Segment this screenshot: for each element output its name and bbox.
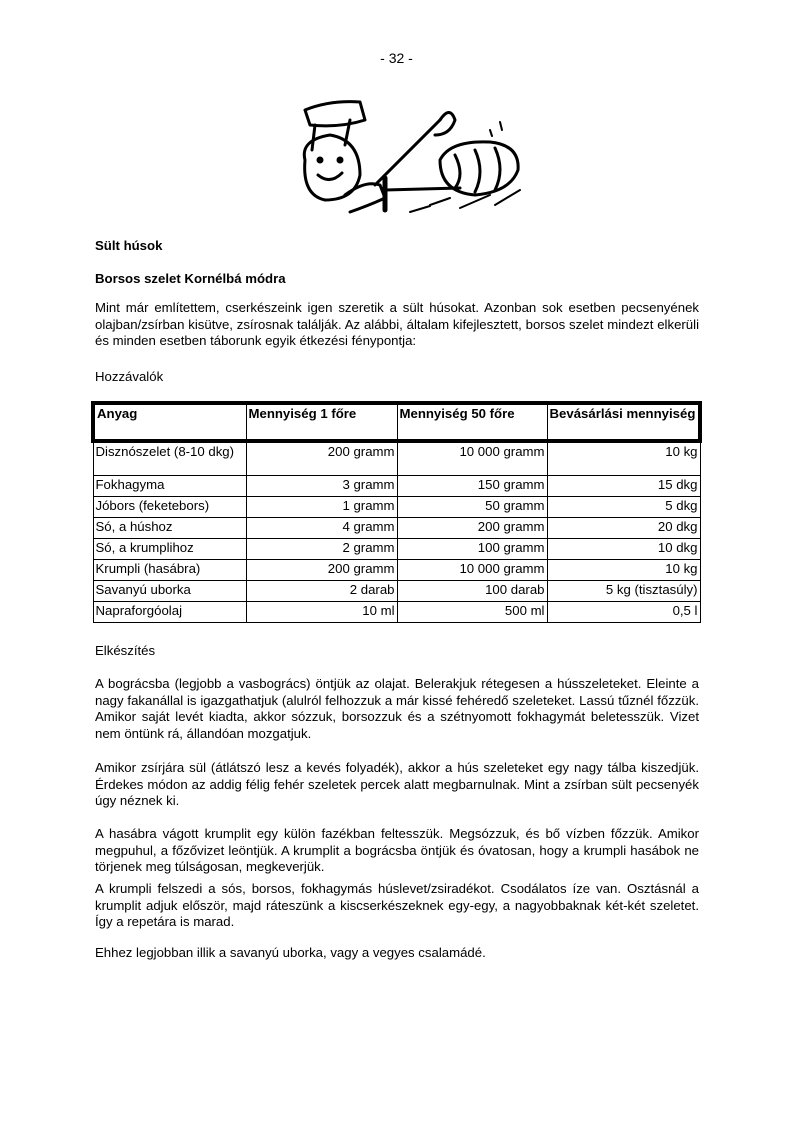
quantity-cell: 10 dkg bbox=[547, 539, 700, 560]
table-row: Só, a húshoz4 gramm200 gramm20 dkg bbox=[93, 518, 700, 539]
ingredient-name-cell: Jóbors (feketebors) bbox=[93, 497, 246, 518]
quantity-cell: 5 kg (tisztasúly) bbox=[547, 581, 700, 602]
quantity-cell: 2 darab bbox=[246, 581, 397, 602]
quantity-cell: 100 gramm bbox=[397, 539, 547, 560]
header-cell: Mennyiség 1 főre bbox=[246, 403, 397, 441]
quantity-cell: 15 dkg bbox=[547, 476, 700, 497]
preparation-paragraph: A bográcsba (legjobb a vasbogrács) öntjü… bbox=[95, 676, 699, 742]
ingredients-label: Hozzávalók bbox=[95, 369, 699, 386]
quantity-cell: 10 000 gramm bbox=[397, 441, 547, 476]
quantity-cell: 500 ml bbox=[397, 602, 547, 623]
quantity-cell: 50 gramm bbox=[397, 497, 547, 518]
recipe-title: Borsos szelet Kornélbá módra bbox=[95, 271, 699, 288]
table-row: Jóbors (feketebors)1 gramm50 gramm5 dkg bbox=[93, 497, 700, 518]
ingredient-name-cell: Krumpli (hasábra) bbox=[93, 560, 246, 581]
quantity-cell: 200 gramm bbox=[246, 441, 397, 476]
quantity-cell: 4 gramm bbox=[246, 518, 397, 539]
table-row: Só, a krumplihoz2 gramm100 gramm10 dkg bbox=[93, 539, 700, 560]
ingredient-name-cell: Napraforgóolaj bbox=[93, 602, 246, 623]
table-row: Krumpli (hasábra)200 gramm10 000 gramm10… bbox=[93, 560, 700, 581]
header-cell: Bevásárlási mennyiség bbox=[547, 403, 700, 441]
cook-illustration bbox=[290, 80, 530, 220]
quantity-cell: 10 kg bbox=[547, 560, 700, 581]
table-row: Disznószelet (8-10 dkg)200 gramm10 000 g… bbox=[93, 441, 700, 476]
table-row: Napraforgóolaj10 ml500 ml0,5 l bbox=[93, 602, 700, 623]
ingredient-name-cell: Savanyú uborka bbox=[93, 581, 246, 602]
page-number: - 32 - bbox=[0, 50, 793, 66]
quantity-cell: 3 gramm bbox=[246, 476, 397, 497]
quantity-cell: 0,5 l bbox=[547, 602, 700, 623]
preparation-label: Elkészítés bbox=[95, 643, 699, 660]
header-cell: Anyag bbox=[93, 403, 246, 441]
quantity-cell: 5 dkg bbox=[547, 497, 700, 518]
quantity-cell: 20 dkg bbox=[547, 518, 700, 539]
preparation-paragraph: A krumpli felszedi a sós, borsos, fokhag… bbox=[95, 881, 699, 931]
ingredient-name-cell: Só, a húshoz bbox=[93, 518, 246, 539]
section-title: Sült húsok bbox=[95, 238, 699, 255]
quantity-cell: 200 gramm bbox=[246, 560, 397, 581]
quantity-cell: 200 gramm bbox=[397, 518, 547, 539]
ingredients-table: Anyag Mennyiség 1 főre Mennyiség 50 főre… bbox=[91, 401, 702, 623]
table-row: Savanyú uborka2 darab100 darab5 kg (tisz… bbox=[93, 581, 700, 602]
quantity-cell: 10 ml bbox=[246, 602, 397, 623]
quantity-cell: 100 darab bbox=[397, 581, 547, 602]
quantity-cell: 2 gramm bbox=[246, 539, 397, 560]
ingredient-name-cell: Disznószelet (8-10 dkg) bbox=[93, 441, 246, 476]
intro-paragraph: Mint már említettem, cserkészeink igen s… bbox=[95, 300, 699, 350]
table-row: Fokhagyma3 gramm150 gramm15 dkg bbox=[93, 476, 700, 497]
quantity-cell: 10 000 gramm bbox=[397, 560, 547, 581]
quantity-cell: 10 kg bbox=[547, 441, 700, 476]
serving-note: Ehhez legjobban illik a savanyú uborka, … bbox=[95, 945, 699, 962]
quantity-cell: 1 gramm bbox=[246, 497, 397, 518]
ingredient-name-cell: Só, a krumplihoz bbox=[93, 539, 246, 560]
quantity-cell: 150 gramm bbox=[397, 476, 547, 497]
preparation-paragraph: A hasábra vágott krumplit egy külön fazé… bbox=[95, 826, 699, 876]
header-cell: Mennyiség 50 főre bbox=[397, 403, 547, 441]
preparation-paragraph: Amikor zsírjára sül (átlátszó lesz a kev… bbox=[95, 760, 699, 810]
table-header-row: Anyag Mennyiség 1 főre Mennyiség 50 főre… bbox=[93, 403, 700, 441]
ingredient-name-cell: Fokhagyma bbox=[93, 476, 246, 497]
